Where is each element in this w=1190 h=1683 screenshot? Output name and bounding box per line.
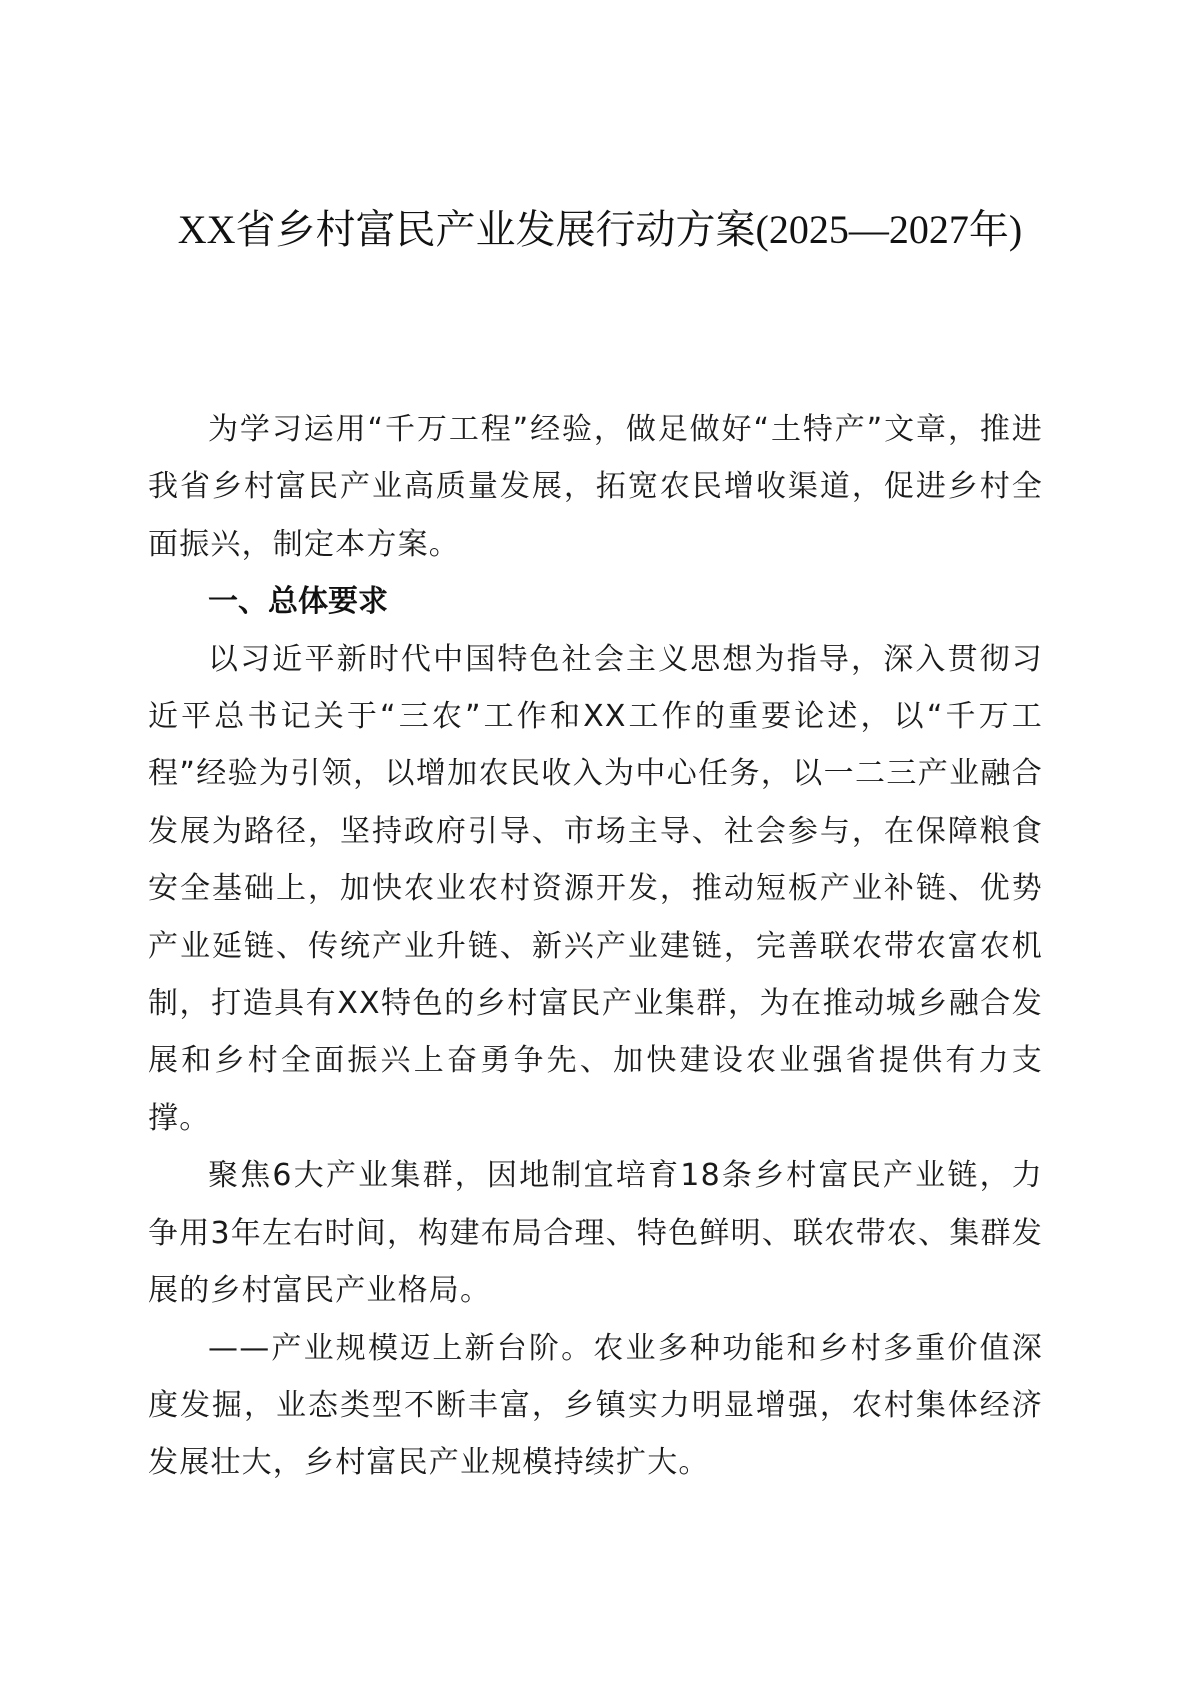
section-heading-general-requirements: 一、总体要求 [148, 573, 1043, 630]
document-body: 为学习运用“千万工程”经验，做足做好“土特产”文章，推进我省乡村富民产业高质量发… [148, 401, 1043, 1492]
document-title: XX省乡村富民产业发展行动方案(2025—2027年) [140, 200, 1060, 260]
document-page: XX省乡村富民产业发展行动方案(2025—2027年) 为学习运用“千万工程”经… [0, 0, 1190, 1683]
intro-paragraph: 为学习运用“千万工程”经验，做足做好“土特产”文章，推进我省乡村富民产业高质量发… [148, 401, 1043, 573]
goals-paragraph: 聚焦6大产业集群，因地制宜培育18条乡村富民产业链，力争用3年左右时间，构建布局… [148, 1147, 1043, 1319]
guiding-principles-paragraph: 以习近平新时代中国特色社会主义思想为指导，深入贯彻习近平总书记关于“三农”工作和… [148, 631, 1043, 1148]
industry-scale-paragraph: ——产业规模迈上新台阶。农业多种功能和乡村多重价值深度发掘，业态类型不断丰富，乡… [148, 1320, 1043, 1492]
